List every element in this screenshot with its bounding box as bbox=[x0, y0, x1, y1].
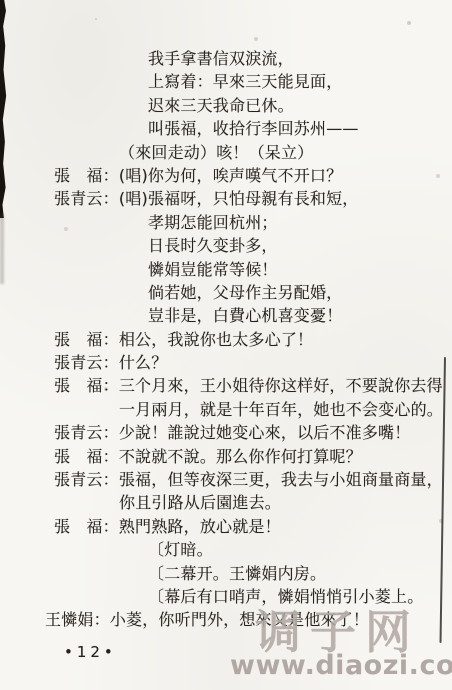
script-line-stage: （來回走动）咳！（呆立） bbox=[0, 141, 452, 164]
speaker-name: 張 福： bbox=[54, 164, 119, 187]
script-line: 憐娟豈能常等候！ bbox=[0, 258, 452, 281]
script-line-dialogue: 張青云：什么？ bbox=[0, 351, 452, 374]
scan-binding-edge-fade bbox=[0, 214, 4, 284]
scan-speckles bbox=[95, 18, 97, 20]
script-line: 孝期怎能回杭州； bbox=[0, 211, 452, 234]
speaker-name: 王憐娟： bbox=[45, 608, 110, 631]
script-line: 日長时久变卦多， bbox=[0, 234, 452, 257]
watermark-url-text: www.diaozi.com bbox=[230, 650, 452, 681]
script-line: 豈非是，白費心机喜变憂！ bbox=[0, 304, 452, 327]
speaker-name: 張青云： bbox=[54, 468, 119, 491]
speaker-name: 張 福： bbox=[54, 328, 119, 351]
script-line-stage-bracket: 〔二幕开。王憐娟内房。 bbox=[0, 562, 452, 585]
speaker-name: 張青云： bbox=[54, 421, 119, 444]
script-line-continuation: 你且引路从后園進去。 bbox=[0, 491, 452, 514]
script-line: 倘若她，父母作主另配婚， bbox=[0, 281, 452, 304]
speaker-name: 張青云： bbox=[54, 351, 119, 374]
script-line-dialogue: 張 福：熟門熟路，放心就是！ bbox=[0, 515, 452, 538]
scanned-script-page: 我手拿書信双淚流， 上寫着：早來三天能見面， 迟來三天我命已休。 叫張福，收拾行… bbox=[0, 0, 452, 690]
script-line-dialogue: 張 福：(唱)你为何，唉声嘆气不开口？ bbox=[0, 164, 452, 187]
script-line: 迟來三天我命已休。 bbox=[0, 94, 452, 117]
script-line-dialogue: 張 福：三个月來，王小姐待你这样好，不要說你去得 bbox=[0, 374, 452, 397]
script-line-stage-bracket: 〔灯暗。 bbox=[0, 538, 452, 561]
script-line-dialogue: 張青云：少說！誰說过她变心來，以后不准多嘴！ bbox=[0, 421, 452, 444]
script-line-dialogue: 張青云：張福，但等夜深三更，我去与小姐商量商量， bbox=[0, 468, 452, 491]
script-line-dialogue: 張 福：相公，我說你也太多心了！ bbox=[0, 328, 452, 351]
page-number: •12• bbox=[64, 643, 117, 661]
speaker-name: 張 福： bbox=[54, 374, 119, 397]
script-line: 我手拿書信双淚流， bbox=[0, 47, 452, 70]
speaker-name: 張 福： bbox=[54, 445, 119, 468]
speaker-name: 張 福： bbox=[54, 515, 119, 538]
script-line-dialogue: 張 福：不說就不說。那么你作何打算呢？ bbox=[0, 445, 452, 468]
script-line: 叫張福，收拾行李回苏州—— bbox=[0, 117, 452, 140]
script-line-dialogue: 張青云：(唱)張福呀，只怕母親有長和短， bbox=[0, 187, 452, 210]
script-line-continuation: 一月兩月，就是十年百年，她也不会变心的。 bbox=[0, 398, 452, 421]
script-text-block: 我手拿書信双淚流， 上寫着：早來三天能見面， 迟來三天我命已休。 叫張福，收拾行… bbox=[0, 47, 452, 632]
speaker-name: 張青云： bbox=[54, 187, 119, 210]
script-line: 上寫着：早來三天能見面， bbox=[0, 70, 452, 93]
